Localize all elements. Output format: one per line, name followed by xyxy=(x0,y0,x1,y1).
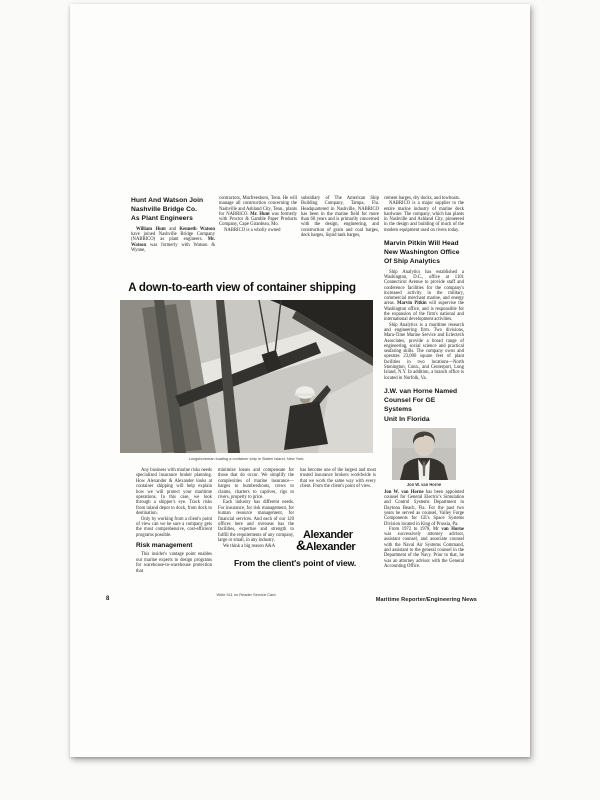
ad-photo-caption: Longshoreman loading a container ship in… xyxy=(120,456,373,461)
headshot-illustration xyxy=(392,428,456,480)
alexander-alexander-logo: Alexander &Alexander xyxy=(296,531,382,552)
article-hunt-heading-line: Nashville Bridge Co. xyxy=(131,205,215,214)
headshot-caption: Jon W. van Horne xyxy=(384,482,464,487)
article-hunt-paragraph: subsidiary of The American Ship Building… xyxy=(301,196,379,238)
page-number: 8 xyxy=(106,596,109,602)
article-hunt-paragraph: NABRICO is a wholly owned xyxy=(219,228,297,233)
ad-headline: A down-to-earth view of container shippi… xyxy=(103,282,381,294)
article-hunt-column-2: contractors, Murfreesboro, Tenn. He will… xyxy=(219,196,297,233)
article-hunt-heading: Hunt And Watson Join Nashville Bridge Co… xyxy=(131,196,215,224)
article-hunt-heading-line: Hunt And Watson Join xyxy=(131,196,215,205)
headshot-photo xyxy=(392,428,456,480)
right-column: cement barges, dry docks, and towboats. … xyxy=(384,196,464,569)
article-pitkin-heading-line: Of Ship Analytics xyxy=(384,257,464,266)
ad-paragraph: Each industry has different needs. For i… xyxy=(218,500,294,543)
ad-paragraph: This insider's vantage point enables our… xyxy=(136,552,212,574)
article-hunt-column-1: Hunt And Watson Join Nashville Bridge Co… xyxy=(131,196,215,253)
article-vanhorne-heading: J.W. van Horne Named Counsel For GE Syst… xyxy=(384,387,464,424)
article-hunt-heading-line: As Plant Engineers xyxy=(131,214,215,223)
article-vanhorne-heading-line: J.W. van Horne Named xyxy=(384,387,464,396)
footer-publication-title: Maritime Reporter/Engineering News xyxy=(320,597,477,603)
logo-ampersand: & xyxy=(296,537,306,553)
container-shipping-photo xyxy=(120,300,373,453)
article-vanhorne-paragraph: Jon W. van Horne has been appointed coun… xyxy=(384,490,464,527)
logo-line-2: &Alexander xyxy=(296,541,355,553)
article-hunt-paragraph: contractors, Murfreesboro, Tenn. He will… xyxy=(219,196,297,228)
article-vanhorne-heading-line: Unit In Florida xyxy=(384,415,464,424)
ad-tagline: From the client's point of view. xyxy=(234,558,356,568)
logo-line-1: Alexander xyxy=(296,531,382,541)
article-pitkin-paragraph: Ship Analytics is a maritime research an… xyxy=(384,323,464,381)
article-hunt-paragraph: William Hunt and Kenneth Watson have joi… xyxy=(131,227,215,253)
article-pitkin-heading: Marvin Pitkin Will Head New Washington O… xyxy=(384,239,464,267)
ad-paragraph: minimize losses and compensate for those… xyxy=(218,468,294,500)
article-pitkin-paragraph: Ship Analytics has established a Washing… xyxy=(384,270,464,323)
article-vanhorne-paragraph: From 1972 to 1978, Mr van Horne was succ… xyxy=(384,527,464,569)
container-shipping-illustration xyxy=(120,300,373,453)
ad-column-2: minimize losses and compensate for those… xyxy=(218,468,294,549)
article-pitkin-heading-line: New Washington Office xyxy=(384,248,464,257)
magazine-page: Hunt And Watson Join Nashville Bridge Co… xyxy=(0,0,600,800)
ad-column-1: Any business with marine risks needs spe… xyxy=(136,468,212,574)
article-hunt-column-3: subsidiary of The American Ship Building… xyxy=(301,196,379,238)
ad-paragraph: We think a big reason A&A xyxy=(218,544,294,549)
ad-paragraph: Any business with marine risks needs spe… xyxy=(136,468,212,517)
article-pitkin-heading-line: Marvin Pitkin Will Head xyxy=(384,239,464,248)
ad-risk-management-heading: Risk management xyxy=(136,542,212,550)
ad-paragraph: has become one of the largest and most t… xyxy=(300,468,376,490)
ad-paragraph: Only by working from a client's point of… xyxy=(136,517,212,539)
article-hunt-paragraph: NABRICO is a major supplier to the entir… xyxy=(384,201,464,233)
article-vanhorne-heading-line: Counsel For GE Systems xyxy=(384,396,464,414)
ad-column-3: has become one of the largest and most t… xyxy=(300,468,376,490)
